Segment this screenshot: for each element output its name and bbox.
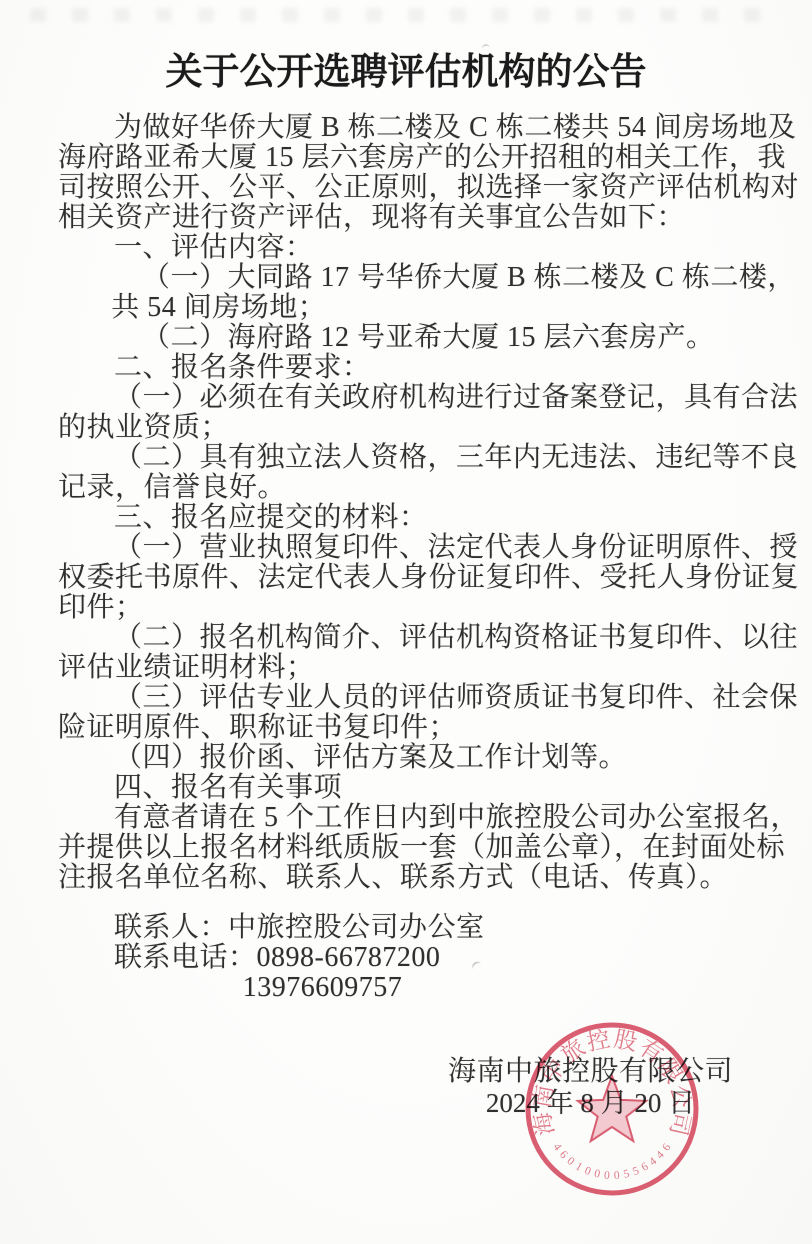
body-line: （一）必须在有关政府机构进行过备案登记，具有合法 bbox=[58, 383, 758, 413]
body-line: 相关资产进行资产评估，现将有关事宜公告如下： bbox=[58, 203, 758, 233]
body-line: 司按照公开、公平、公正原则，拟选择一家资产评估机构对 bbox=[58, 173, 758, 203]
scan-artifact bbox=[30, 8, 780, 22]
body-line: （二）海府路 12 号亚希大厦 15 层六套房产。 bbox=[58, 323, 758, 353]
seal-number-holder: 46010000556446 bbox=[550, 1141, 673, 1182]
body-line: 注报名单位名称、联系人、联系方式（电话、传真）。 bbox=[58, 863, 758, 893]
page-title: 关于公开选聘评估机构的公告 bbox=[0, 52, 812, 92]
body-line: 评估业绩证明材料； bbox=[58, 653, 758, 683]
body-line: 四、报名有关事项 bbox=[58, 773, 758, 803]
seal-star-icon bbox=[578, 1076, 646, 1141]
body-line: 记录，信誉良好。 bbox=[58, 473, 758, 503]
body-line: 有意者请在 5 个工作日内到中旅控股公司办公室报名， bbox=[58, 803, 758, 833]
body-line: （二）报名机构简介、评估机构资格证书复印件、以往 bbox=[58, 623, 758, 653]
contact-line: 联系电话：0898-66787200 bbox=[58, 943, 758, 973]
company-seal: 海南中旅控股有限公司 46010000556446 bbox=[524, 1021, 700, 1197]
body-line: 一、评估内容： bbox=[58, 233, 758, 263]
body-line: 海府路亚希大厦 15 层六套房产的公开招租的相关工作，我 bbox=[58, 143, 758, 173]
contact-line: 13976609757 bbox=[58, 973, 758, 1003]
body-line: （二）具有独立法人资格，三年内无违法、违纪等不良 bbox=[58, 443, 758, 473]
seal-serial-number: 46010000556446 bbox=[550, 1141, 673, 1182]
body-line: 共 54 间房场地； bbox=[58, 293, 758, 323]
body-line: （四）报价函、评估方案及工作计划等。 bbox=[58, 743, 758, 773]
body-line: 的执业资质； bbox=[58, 413, 758, 443]
document-body: 为做好华侨大厦 B 栋二楼及 C 栋二楼共 54 间房场地及海府路亚希大厦 15… bbox=[58, 113, 758, 893]
seal-graphic: 海南中旅控股有限公司 46010000556446 bbox=[524, 1021, 700, 1197]
document-page: 关于公开选聘评估机构的公告 为做好华侨大厦 B 栋二楼及 C 栋二楼共 54 间… bbox=[0, 0, 812, 1244]
body-line: 并提供以上报名材料纸质版一套（加盖公章），在封面处标 bbox=[58, 833, 758, 863]
body-line: 三、报名应提交的材料： bbox=[58, 503, 758, 533]
contact-block: 联系人：中旅控股公司办公室联系电话：0898-66787200139766097… bbox=[58, 913, 758, 1003]
body-line: 为做好华侨大厦 B 栋二楼及 C 栋二楼共 54 间房场地及 bbox=[58, 113, 758, 143]
body-line: （三）评估专业人员的评估师资质证书复印件、社会保 bbox=[58, 683, 758, 713]
body-line: 印件； bbox=[58, 593, 758, 623]
body-line: 二、报名条件要求： bbox=[58, 353, 758, 383]
contact-line: 联系人：中旅控股公司办公室 bbox=[58, 913, 758, 943]
body-line: （一）大同路 17 号华侨大厦 B 栋二楼及 C 栋二楼， bbox=[58, 263, 758, 293]
body-line: 权委托书原件、法定代表人身份证复印件、受托人身份证复 bbox=[58, 563, 758, 593]
body-line: （一）营业执照复印件、法定代表人身份证明原件、授 bbox=[58, 533, 758, 563]
body-line: 险证明原件、职称证书复印件； bbox=[58, 713, 758, 743]
